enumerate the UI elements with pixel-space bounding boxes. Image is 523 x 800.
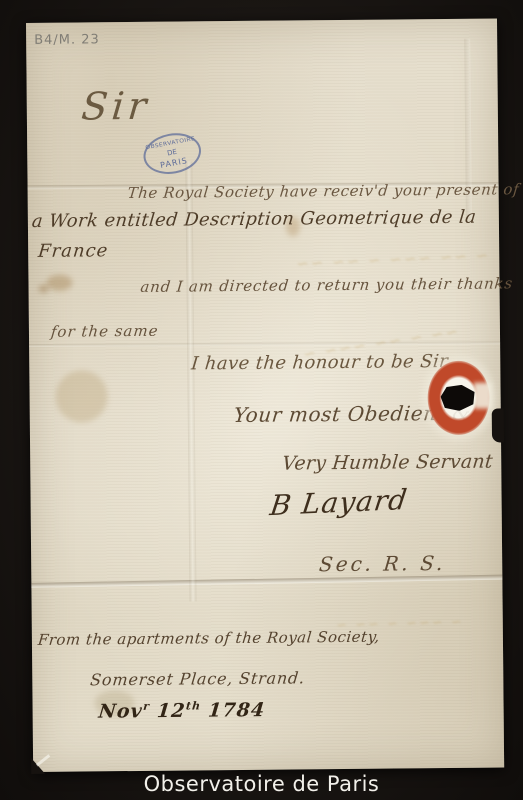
ink-stain (46, 275, 72, 291)
letter-body-line1: The Royal Society have receiv'd your pre… (127, 180, 520, 202)
paper-stain (55, 370, 107, 422)
wax-seal-ring-gap (473, 383, 491, 409)
photo-background: ~ ~~ ~~~ ~ ~~ ~~ ~~ ~ ~~ ~~~ ~ ~ ~~~ ~ ~… (0, 0, 523, 800)
letter-body-line3: France (37, 240, 109, 262)
letter-body-line4: and I am directed to return you their th… (140, 274, 514, 296)
letter-origin-line1: From the apartments of the Royal Society… (37, 628, 381, 649)
letter-paper: ~ ~~ ~~~ ~ ~~ ~~ ~~ ~ ~~ ~~~ ~ ~ ~~~ ~ ~… (26, 18, 504, 771)
ink-stain (39, 285, 49, 293)
salutation: Sir (80, 84, 153, 129)
folded-corner-highlight (36, 754, 50, 766)
date-day: 12 (148, 700, 186, 722)
letter-closing-line3: Very Humble Servant (281, 451, 494, 475)
archive-reference-note: B4/M. 23 (34, 32, 100, 48)
signature-title: Sec. R. S. (318, 551, 447, 576)
letter-origin-line2: Somerset Place, Strand. (89, 668, 306, 689)
date-year: 1784 (200, 699, 267, 722)
observatoire-de-paris-stamp: OBSERVATOIRE DE PARIS (140, 129, 204, 179)
horizontal-fold-crease-middle (29, 341, 500, 347)
horizontal-fold-crease-bottom (31, 575, 502, 588)
date-day-superscript: th (185, 699, 201, 712)
letter-body-line5: for the same (50, 322, 159, 341)
letter-date: Novr 12th 1784 (98, 699, 267, 723)
ink-bleedthrough: ~ ~~ ~~~ ~ ~~ ~~ (238, 246, 489, 275)
letter-body-line2: a Work entitled Description Geometrique … (31, 207, 477, 232)
photo-caption: Observatoire de Paris (0, 772, 523, 796)
letter-closing-line1: I have the honour to be Sir (190, 351, 449, 374)
signature: B Layard (268, 483, 410, 522)
wax-seal-remnant (427, 361, 490, 436)
date-month: Nov (98, 700, 144, 722)
